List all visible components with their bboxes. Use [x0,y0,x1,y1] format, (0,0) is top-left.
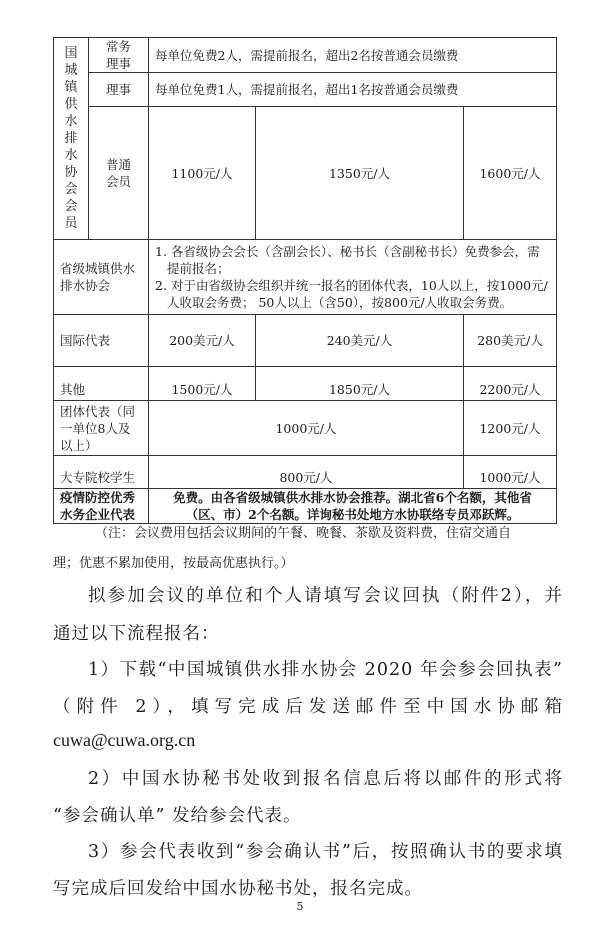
other-label: 其他 [54,367,149,401]
label-char: 镇 [54,79,88,96]
label-char: 会 [54,181,88,198]
table-row-student: 大专院校学生 800元/人 1000元/人 [54,456,557,489]
label-char: 员 [54,215,88,232]
standing-director-fee: 每单位免费2人，需提前报名，超出2名按普通会员缴费 [149,38,557,73]
fee-note-line-2: 理；优惠不累加使用，按最高优惠执行。） [53,552,563,571]
policy-item-2-cont: 人收取会务费； 50人以上（含50），按800元/人收取会务费。 [155,294,552,311]
regular-member-fee-early: 1100元/人 [149,107,256,240]
label-line: 省级城镇供水 [60,260,148,277]
international-fee-standard: 240美元/人 [256,315,464,367]
international-fee-onsite: 280美元/人 [464,315,557,367]
provincial-policy: 1. 各省级协会会长（含副会长）、秘书长（含副秘书长）免费参会，需 提前报名； … [149,240,557,315]
other-fee-onsite: 2200元/人 [464,367,557,401]
label-line: 团体代表（同 [60,403,148,420]
label-line: 一单位8人及 [60,420,148,437]
table-row-epidemic: 疫情防控优秀 水务企业代表 免费。由各省级城镇供水排水协会推荐。湖北省6个名额，… [54,489,557,524]
student-fee-onsite: 1000元/人 [464,456,557,489]
step2-line-1: 2）中国水协秘书处收到报名信息后将以邮件的形式将 [53,765,563,790]
label-line: 常务 [89,38,148,55]
provincial-label: 省级城镇供水 排水协会 [54,240,149,315]
other-fee-standard: 1850元/人 [256,367,464,401]
international-label: 国际代表 [54,315,149,367]
label-line: 排水协会 [60,277,148,294]
epidemic-label: 疫情防控优秀 水务企业代表 [54,489,149,524]
standing-director-label: 常务 理事 [89,38,149,73]
epidemic-policy: 免费。由各省级城镇供水排水协会推荐。湖北省6个名额，其他省 （区、市）2个名额。… [149,489,557,524]
student-label: 大专院校学生 [54,456,149,489]
label-char: 城 [54,62,88,79]
step3-line-1: 3）参会代表收到“参会确认书”后，按照确认书的要求填 [53,838,563,863]
fee-table: 国 城 镇 供 水 排 水 协 会 会 员 常务 理事 每单位免费2人，需提前报… [53,37,557,524]
label-char: 协 [54,164,88,181]
other-fee-early: 1500元/人 [149,367,256,401]
intro-line-1: 拟参加会议的单位和个人请填写会议回执（附件2），并 [53,582,563,607]
label-char: 水 [54,113,88,130]
table-row-director: 理事 每单位免费1人，需提前报名，超出1名按普通会员缴费 [54,73,557,107]
student-fee-standard: 800元/人 [149,456,464,489]
table-row-group: 团体代表（同 一单位8人及 以上） 1000元/人 1200元/人 [54,401,557,456]
policy-line: （区、市）2个名额。详询秘书处地方水协联络专员邓跃辉。 [149,506,556,523]
page-number: 5 [0,900,600,913]
regular-member-fee-onsite: 1600元/人 [464,107,557,240]
policy-item-2: 2. 对于由省级协会组织并统一报名的团体代表，10人以上，按1000元/ [155,277,552,294]
regular-member-fee-standard: 1350元/人 [256,107,464,240]
intro-line-2: 通过以下流程报名： [53,620,563,645]
group-fee-standard: 1000元/人 [149,401,464,456]
step3-line-2: 写完成后回发给中国水协秘书处，报名完成。 [53,875,563,900]
table-row-other: 其他 1500元/人 1850元/人 2200元/人 [54,367,557,401]
label-char: 水 [54,147,88,164]
table-row-regular-member: 普通 会员 1100元/人 1350元/人 1600元/人 [54,107,557,240]
label-char: 国 [54,45,88,62]
step1-line-2: （附件 2），填写完成后发送邮件至中国水协邮箱 [53,693,563,718]
step2-line-2: “参会确认单” 发给参会代表。 [53,802,563,827]
policy-item-1: 1. 各省级协会会长（含副会长）、秘书长（含副秘书长）免费参会，需 [155,243,552,260]
label-line: 会员 [89,173,148,190]
table-row-international: 国际代表 200美元/人 240美元/人 280美元/人 [54,315,557,367]
step1-line-1: 1）下载“中国城镇供水排水协会 2020 年会参会回执表” [53,656,563,681]
policy-line: 免费。由各省级城镇供水排水协会推荐。湖北省6个名额，其他省 [149,489,556,506]
label-line: 疫情防控优秀 [60,489,148,506]
label-char: 排 [54,130,88,147]
director-label: 理事 [89,73,149,107]
group-fee-onsite: 1200元/人 [464,401,557,456]
fee-note-line-1: （注：会议费用包括会议期间的午餐、晚餐、茶歇及资料费，住宿交通自 [53,522,563,541]
group-label: 团体代表（同 一单位8人及 以上） [54,401,149,456]
label-char: 会 [54,198,88,215]
label-line: 水务企业代表 [60,506,148,523]
label-line: 普通 [89,156,148,173]
director-fee: 每单位免费1人，需提前报名，超出1名按普通会员缴费 [149,73,557,107]
label-line: 以上） [60,437,148,454]
international-fee-early: 200美元/人 [149,315,256,367]
label-char: 供 [54,96,88,113]
table-row-provincial: 省级城镇供水 排水协会 1. 各省级协会会长（含副会长）、秘书长（含副秘书长）免… [54,240,557,315]
table-row-standing-director: 国 城 镇 供 水 排 水 协 会 会 员 常务 理事 每单位免费2人，需提前报… [54,38,557,73]
cuwa-member-group-label: 国 城 镇 供 水 排 水 协 会 会 员 [54,38,89,240]
policy-item-1-cont: 提前报名； [155,260,552,277]
regular-member-label: 普通 会员 [89,107,149,240]
contact-email[interactable]: cuwa@cuwa.org.cn [53,730,563,751]
label-line: 理事 [89,55,148,72]
